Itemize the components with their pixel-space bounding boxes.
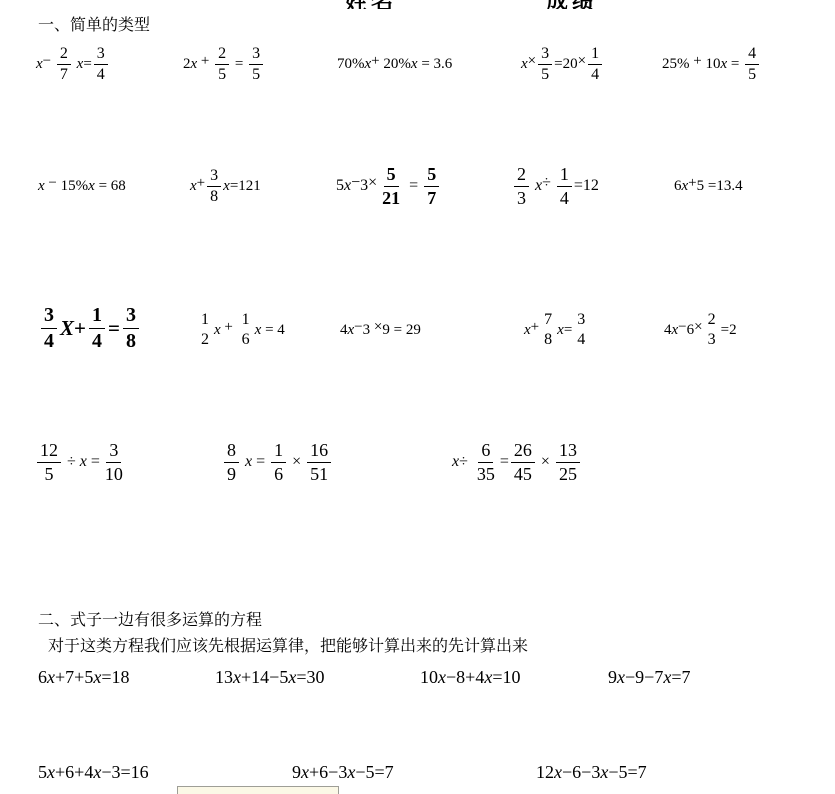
term: 4	[84, 762, 93, 783]
variable: x	[600, 762, 608, 783]
fraction: 25	[215, 44, 229, 85]
fraction: 1325	[556, 439, 580, 485]
term: 20%	[380, 56, 411, 73]
equation: x+78x=34	[524, 302, 590, 358]
term: =	[83, 56, 91, 73]
term	[51, 56, 55, 73]
operator: +	[74, 316, 86, 341]
operator: ÷	[67, 453, 76, 471]
term: = 4	[261, 322, 284, 339]
operator: −	[328, 762, 338, 783]
term: 14	[251, 667, 269, 688]
fraction: 125	[37, 439, 61, 485]
variable: x	[535, 177, 542, 195]
fraction: 34	[94, 44, 108, 85]
variable: x	[88, 178, 95, 195]
equation: 89 x = 16 × 1651	[222, 432, 333, 492]
term: =121	[230, 178, 261, 195]
term: 5	[279, 667, 288, 688]
operator: +	[531, 319, 539, 336]
term: 2	[183, 56, 191, 73]
equation: 9x+6−3x−5=7	[292, 761, 394, 783]
equation: 23 x÷ 14=12	[512, 160, 599, 212]
term: 10	[702, 56, 721, 73]
term: =	[500, 453, 509, 471]
fraction: 34	[41, 303, 57, 354]
operator: +	[55, 762, 65, 783]
operator: ×	[541, 453, 550, 471]
operator: +	[197, 175, 205, 192]
operator: −	[678, 319, 686, 336]
score-label: 成绩	[546, 0, 598, 9]
term: 5=7	[365, 762, 393, 783]
term: 6	[572, 762, 581, 783]
variable: x	[36, 56, 43, 73]
term: 3	[360, 177, 368, 195]
term: =10	[492, 667, 520, 688]
term: 3=16	[111, 762, 148, 783]
equation: 70%x+ 20%x = 3.6	[337, 38, 452, 90]
operator: +	[241, 667, 251, 688]
operator: −	[354, 319, 362, 336]
variable: x	[344, 177, 351, 195]
term: =	[87, 453, 100, 471]
variable: x	[77, 56, 84, 73]
variable: x	[255, 322, 262, 339]
fraction: 38	[123, 303, 139, 354]
term: 5	[84, 667, 93, 688]
term: 70%	[337, 56, 365, 73]
variable: x	[720, 56, 727, 73]
variable: x	[521, 56, 528, 73]
worksheet-page: 姓名 成绩 一、简单的类型 x− 27 x=34 2x + 25 = 35 70…	[0, 0, 835, 794]
fraction: 27	[57, 44, 71, 85]
operator: −	[625, 667, 635, 688]
operator: +	[309, 762, 319, 783]
equation: x÷ 635=2645 × 1325	[452, 432, 582, 492]
fraction: 23	[705, 310, 719, 350]
variable: x	[214, 322, 221, 339]
operator: +	[74, 667, 84, 688]
operator: +	[55, 667, 65, 688]
operator: +	[465, 667, 475, 688]
operator: ×	[292, 453, 301, 471]
variable: x	[411, 56, 418, 73]
term: =	[231, 56, 247, 73]
variable: X	[60, 316, 74, 341]
equation: 5x+6+4x−3=16	[38, 761, 149, 783]
term: 9	[608, 667, 617, 688]
fraction: 34	[574, 310, 588, 350]
operator: −	[48, 175, 56, 192]
variable: x	[663, 667, 671, 688]
fraction: 16	[239, 310, 253, 350]
variable: x	[80, 453, 87, 471]
section1-heading: 一、简单的类型	[38, 12, 150, 35]
term: 7	[654, 667, 663, 688]
equation: 25% + 10x = 45	[662, 38, 761, 90]
term	[550, 453, 554, 471]
operator: +	[693, 53, 701, 70]
term: 9	[635, 667, 644, 688]
term: 3	[338, 762, 347, 783]
operator: −	[355, 762, 365, 783]
operator: ×	[578, 53, 586, 70]
variable: x	[682, 178, 689, 195]
operator: −	[351, 174, 360, 192]
variable: x	[223, 178, 230, 195]
operator: −	[446, 667, 456, 688]
equation: 10x−8+4x=10	[420, 666, 520, 688]
term	[233, 322, 237, 339]
term: 5 =13.4	[697, 178, 743, 195]
section2-note: 对于这类方程我们应该先根据运算律，把能够计算出来的先计算出来	[48, 633, 528, 656]
section2-heading: 二、式子一边有很多运算的方程	[38, 607, 262, 630]
equation: 12x + 16x = 4	[196, 302, 285, 358]
fraction: 35	[538, 44, 552, 85]
equation: x+38x=121	[190, 160, 261, 212]
operator: −	[562, 762, 572, 783]
fraction: 2645	[511, 439, 535, 485]
term: 12	[536, 762, 554, 783]
equation: 5x−3×521 = 57	[336, 160, 441, 212]
operator: ÷	[542, 174, 551, 192]
term: =	[405, 177, 422, 195]
term: =7	[671, 667, 690, 688]
fraction: 14	[588, 44, 602, 85]
operator: +	[371, 53, 379, 70]
fraction: 521	[379, 163, 403, 209]
equation: x− 27 x=34	[36, 38, 110, 90]
operator: −	[581, 762, 591, 783]
term: 5=7	[618, 762, 646, 783]
term: =30	[296, 667, 324, 688]
variable: x	[191, 56, 198, 73]
operator: ×	[528, 53, 536, 70]
term: =	[727, 56, 743, 73]
term	[551, 177, 555, 195]
term: 13	[215, 667, 233, 688]
variable: x	[190, 178, 197, 195]
variable: x	[554, 762, 562, 783]
term: =20	[554, 56, 577, 73]
term: =	[564, 322, 572, 339]
fraction: 16	[271, 439, 286, 485]
operator: −	[101, 762, 111, 783]
equation: 6x+7+5x=18	[38, 666, 129, 688]
variable: x	[93, 667, 101, 688]
variable: x	[365, 56, 372, 73]
equation: 12x−6−3x−5=7	[536, 761, 647, 783]
term: 4	[664, 322, 672, 339]
term: 9	[292, 762, 301, 783]
variable: x	[438, 667, 446, 688]
partial-popup-box	[177, 786, 339, 794]
fraction: 35	[249, 44, 263, 85]
term: 5	[336, 177, 344, 195]
variable: x	[233, 667, 241, 688]
term: =	[108, 316, 120, 341]
fraction: 14	[89, 303, 105, 354]
operator: +	[201, 53, 209, 70]
fraction: 14	[557, 163, 572, 209]
equation: 34X+14=38	[38, 296, 142, 360]
term: = 68	[95, 178, 126, 195]
term: =18	[101, 667, 129, 688]
equation: 2x + 25 = 35	[183, 38, 265, 90]
operator: ×	[374, 319, 382, 336]
term: 6	[674, 178, 682, 195]
variable: x	[672, 322, 679, 339]
variable: x	[348, 322, 355, 339]
variable: x	[288, 667, 296, 688]
fraction: 310	[102, 439, 126, 485]
operator: +	[688, 175, 696, 192]
term: 9 = 29	[382, 322, 420, 339]
term: =2	[721, 322, 737, 339]
equation: 6x+5 =13.4	[674, 160, 743, 212]
variable: x	[347, 762, 355, 783]
fraction: 1651	[307, 439, 331, 485]
equation: 13x+14−5x=30	[215, 666, 324, 688]
term: 3	[591, 762, 600, 783]
fraction: 78	[541, 310, 555, 350]
term	[468, 453, 472, 471]
variable: x	[452, 453, 459, 471]
term: 25%	[662, 56, 693, 73]
variable: x	[47, 762, 55, 783]
clipped-header: 姓名 成绩	[0, 0, 835, 9]
operator: −	[269, 667, 279, 688]
equation: x − 15%x = 68	[38, 160, 126, 212]
variable: x	[557, 322, 564, 339]
fraction: 38	[207, 166, 221, 207]
term	[209, 56, 213, 73]
term: 5	[38, 762, 47, 783]
equation: 125 ÷ x =310	[35, 432, 128, 492]
equation: 4x−6×23=2	[664, 302, 737, 358]
term: 10	[420, 667, 438, 688]
variable: x	[617, 667, 625, 688]
term: 7	[65, 667, 74, 688]
name-label: 姓名	[345, 0, 397, 9]
term: 6	[319, 762, 328, 783]
operator: ÷	[459, 453, 468, 471]
term: 6	[65, 762, 74, 783]
variable: x	[38, 178, 45, 195]
operator: ×	[694, 319, 702, 336]
operator: −	[43, 53, 51, 70]
equation: 9x−9−7x=7	[608, 666, 690, 688]
fraction: 635	[474, 439, 498, 485]
term: 4	[340, 322, 348, 339]
variable: x	[245, 453, 252, 471]
term: 6	[38, 667, 47, 688]
operator: ×	[368, 174, 377, 192]
operator: +	[74, 762, 84, 783]
operator: −	[608, 762, 618, 783]
variable: x	[93, 762, 101, 783]
operator: −	[644, 667, 654, 688]
term: =12	[574, 177, 599, 195]
equation: 4x−3 ×9 = 29	[340, 302, 421, 358]
variable: x	[301, 762, 309, 783]
term: 15%	[57, 178, 88, 195]
operator: +	[224, 319, 232, 336]
term: = 3.6	[418, 56, 453, 73]
equation: x×35=20×14	[521, 38, 604, 90]
fraction: 89	[224, 439, 239, 485]
term	[301, 453, 305, 471]
variable: x	[484, 667, 492, 688]
term: 6	[687, 322, 695, 339]
variable: x	[47, 667, 55, 688]
fraction: 12	[198, 310, 212, 350]
variable: x	[524, 322, 531, 339]
fraction: 57	[424, 163, 439, 209]
term: 3	[363, 322, 374, 339]
fraction: 23	[514, 163, 529, 209]
fraction: 45	[745, 44, 759, 85]
term: 4	[475, 667, 484, 688]
term: =	[252, 453, 269, 471]
term: 8	[456, 667, 465, 688]
